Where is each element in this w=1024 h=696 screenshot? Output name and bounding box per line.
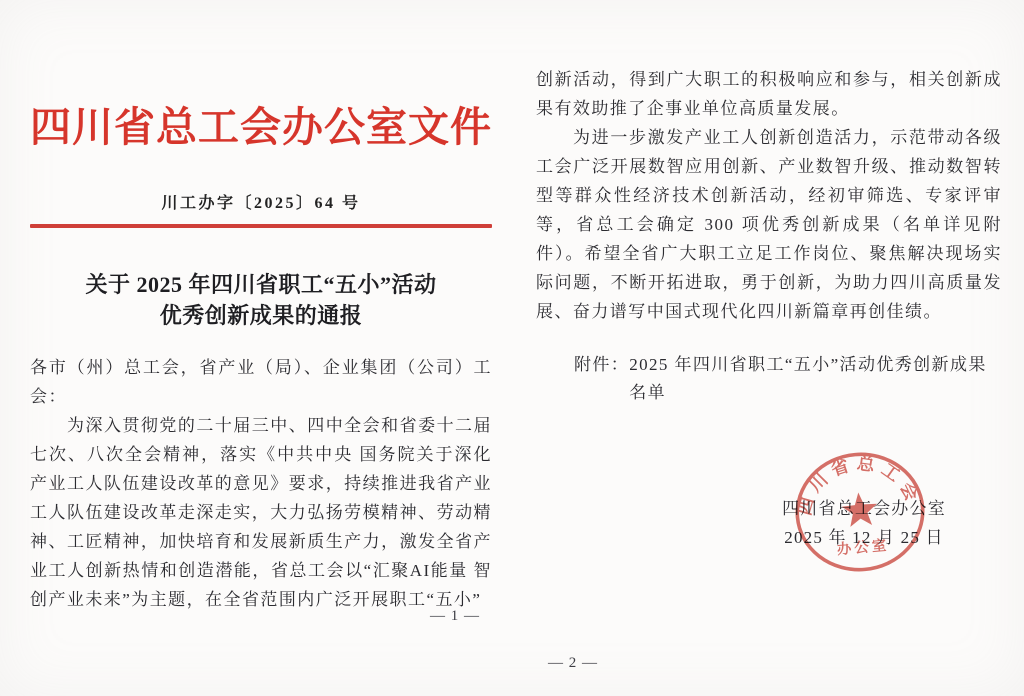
- document-title-line-1: 关于 2025 年四川省职工“五小”活动: [30, 269, 492, 300]
- body-paragraph-1-continued: 创新活动，得到广大职工的积极响应和参与，相关创新成果有效助推了企事业单位高质量发…: [536, 65, 1002, 123]
- attachment-line-2: 名单: [629, 379, 987, 407]
- seal-bottom-text: 办公室: [836, 536, 890, 559]
- page-2-body: 创新活动，得到广大职工的积极响应和参与，相关创新成果有效助推了企事业单位高质量发…: [536, 65, 1002, 326]
- red-separator-line: [30, 224, 492, 228]
- page-1-body: 各市（州）总工会，省产业（局）、企业集团（公司）工会： 为深入贯彻党的二十届三中…: [30, 353, 492, 614]
- attachment-content: 2025 年四川省职工“五小”活动优秀创新成果 名单: [629, 351, 987, 407]
- document-title-line-2: 优秀创新成果的通报: [30, 300, 492, 331]
- letterhead-title: 四川省总工会办公室文件: [24, 94, 498, 153]
- body-paragraph-2: 为进一步激发产业工人创新创造活力，示范带动各级工会广泛开展数智应用创新、产业数智…: [536, 123, 1002, 326]
- attachment-note: 附件： 2025 年四川省职工“五小”活动优秀创新成果 名单: [574, 351, 1002, 407]
- document-title: 关于 2025 年四川省职工“五小”活动 优秀创新成果的通报: [30, 269, 492, 331]
- body-paragraph-1: 为深入贯彻党的二十届三中、四中全会和省委十二届七次、八次全会精神，落实《中共中央…: [30, 411, 492, 614]
- page-2: 创新活动，得到广大职工的积极响应和参与，相关创新成果有效助推了企事业单位高质量发…: [536, 0, 1002, 696]
- document-number: 川工办字〔2025〕64 号: [30, 190, 492, 213]
- salutation-text: 各市（州）总工会，省产业（局）、企业集团（公司）工会：: [30, 353, 492, 411]
- page-2-number: — 2 —: [548, 655, 598, 672]
- attachment-label: 附件：: [574, 351, 629, 407]
- attachment-line-1: 2025 年四川省职工“五小”活动优秀创新成果: [629, 351, 987, 379]
- page-1: 四川省总工会办公室文件 川工办字〔2025〕64 号 关于 2025 年四川省职…: [30, 0, 492, 696]
- star-icon: [841, 491, 879, 527]
- page-1-number: — 1 —: [430, 608, 480, 625]
- official-seal: 四川省总工会 办公室: [782, 439, 937, 585]
